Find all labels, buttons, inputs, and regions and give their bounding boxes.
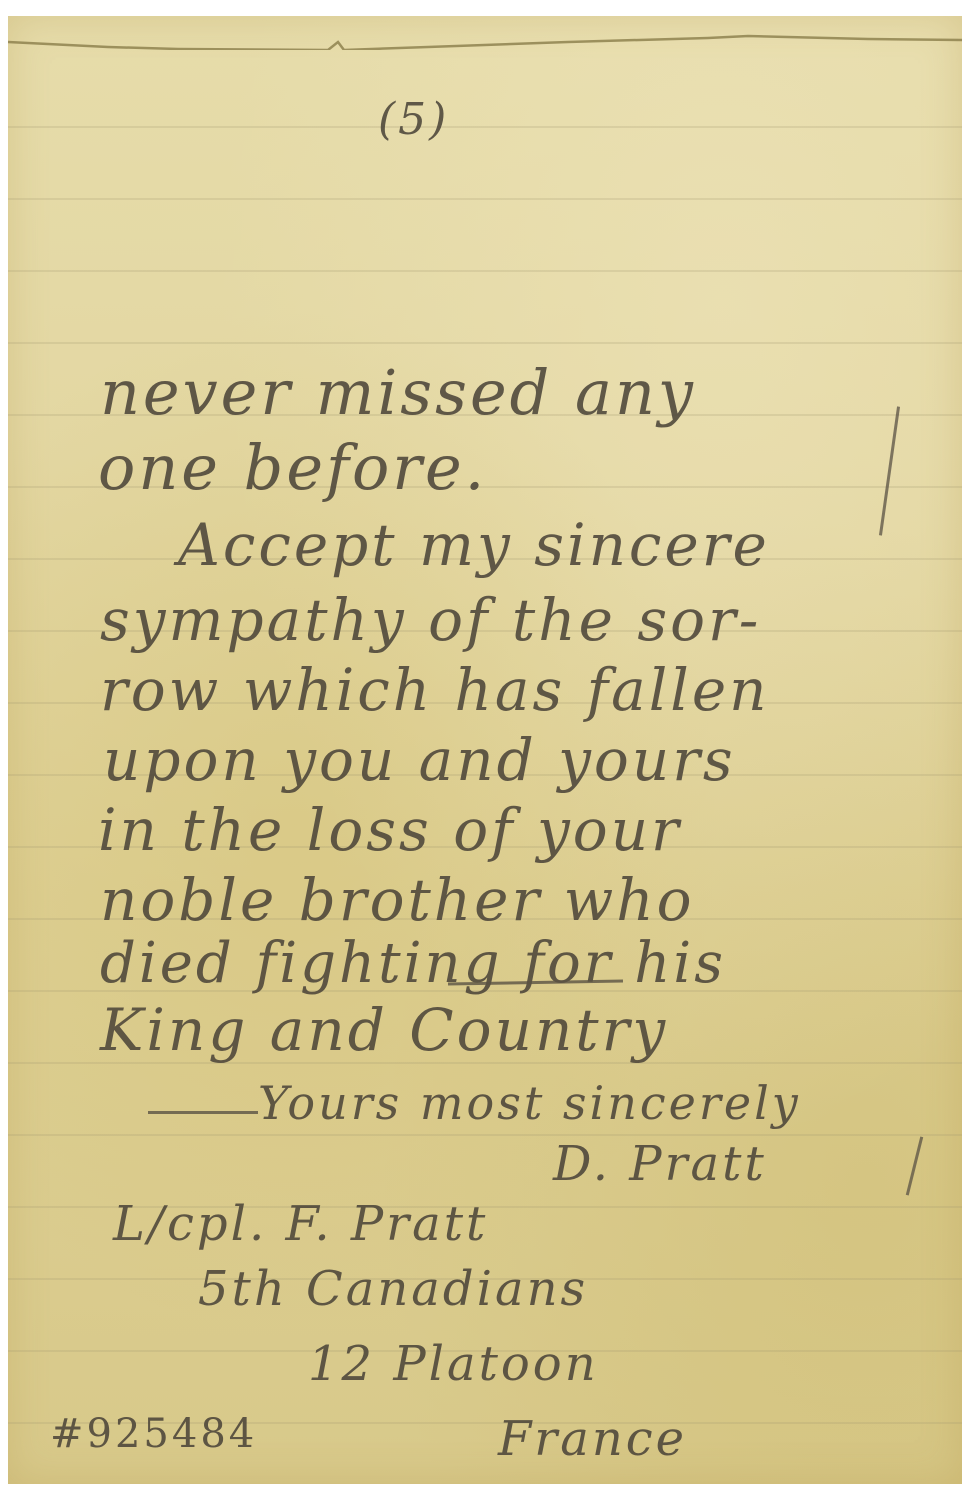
- address-line-1: L/cpl. F. Pratt: [113, 1196, 488, 1252]
- margin-mark: [879, 406, 900, 535]
- letter-line-6: upon you and yours: [103, 726, 736, 794]
- letter-line-9: died fighting for his: [100, 931, 726, 996]
- letter-line-1: never missed any: [100, 356, 696, 429]
- address-line-4: France: [498, 1411, 687, 1467]
- regimental-number: #925484: [50, 1411, 257, 1457]
- address-line-2: 5th Canadians: [198, 1261, 588, 1317]
- letter-page: (5) never missed any one before. Accept …: [8, 16, 962, 1484]
- closing-line: Yours most sincerely: [258, 1076, 801, 1130]
- letter-line-10: King and Country: [100, 996, 668, 1064]
- letter-line-3: Accept my sincere: [178, 511, 770, 579]
- letter-line-2: one before.: [98, 431, 487, 504]
- signature-mark: [906, 1137, 923, 1196]
- paper-fold-line: [8, 30, 962, 50]
- signature: D. Pratt: [553, 1136, 767, 1192]
- page-number: (5): [378, 94, 449, 145]
- closing-strike: [148, 1111, 258, 1114]
- letter-line-8: noble brother who: [100, 866, 695, 934]
- address-line-3: 12 Platoon: [308, 1336, 599, 1392]
- letter-line-5: row which has fallen: [100, 656, 770, 724]
- letter-line-4: sympathy of the sor-: [100, 586, 761, 654]
- letter-line-7: in the loss of your: [98, 796, 682, 864]
